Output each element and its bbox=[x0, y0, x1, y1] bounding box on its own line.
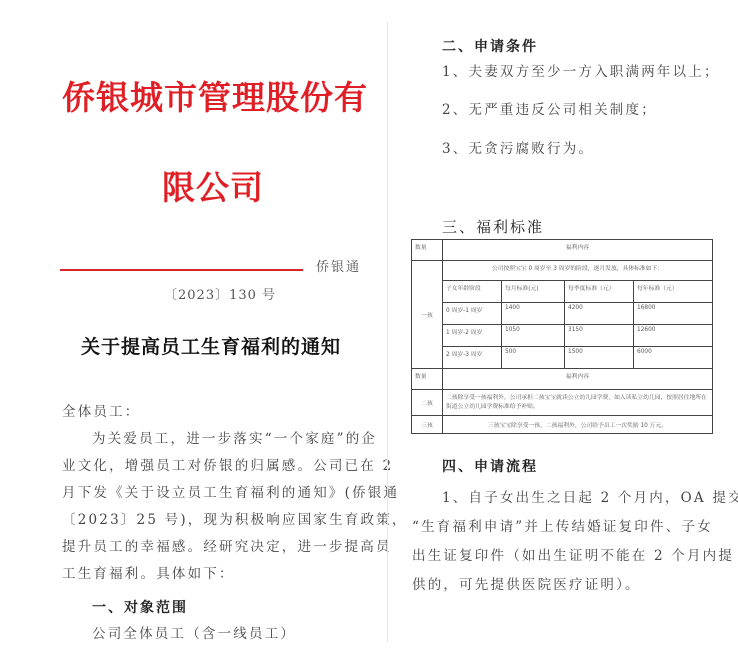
quarterly-value: 1500 bbox=[565, 347, 634, 369]
tier1-intro: 公司按照宝宝 0 周岁至 3 周岁的阶段，逐月发放，具体标准如下： bbox=[443, 261, 713, 281]
section4-heading: 四、申请流程 bbox=[442, 456, 538, 476]
table-row: 0 周岁-1 周岁 1400 4200 16800 bbox=[412, 303, 713, 325]
paragraph-line: 为关爱员工，进一步落实“一个家庭”的企 bbox=[62, 426, 372, 453]
company-name-line1: 侨银城市管理股份有 bbox=[62, 72, 368, 119]
monthly-value: 500 bbox=[502, 347, 565, 369]
process-line: 供的，可先提供医院医疗证明）。 bbox=[412, 571, 732, 600]
yearly-value: 12600 bbox=[634, 325, 713, 347]
process-line: 1、自子女出生之日起 2 个月内，OA 提交 bbox=[412, 484, 732, 513]
doc-number: 〔2023〕130 号 bbox=[164, 284, 276, 303]
section1-heading: 一、对象范围 bbox=[92, 597, 188, 617]
paragraph-line: 提升员工的幸福感。经研究决定，进一步提高员 bbox=[62, 534, 372, 561]
sub-header: 子女年龄阶段 bbox=[443, 281, 502, 303]
red-header-line bbox=[60, 269, 303, 271]
table-row: 2 周岁-3 周岁 500 1500 6000 bbox=[412, 347, 713, 369]
age-range: 0 周岁-1 周岁 bbox=[443, 303, 502, 325]
age-range: 2 周岁-3 周岁 bbox=[443, 347, 502, 369]
tier3-text: 三孩宝宝除享受一孩、二孩福利外，公司给予员工一次奖励 10 万元。 bbox=[443, 416, 713, 434]
header-content: 福利内容 bbox=[443, 240, 713, 261]
paragraph-line: 业文化，增强员工对侨银的归属感。公司已在 2 bbox=[62, 453, 372, 480]
table-row: 1 周岁-2 周岁 1050 3150 12600 bbox=[412, 325, 713, 347]
quarterly-value: 3150 bbox=[565, 325, 634, 347]
header2-content: 福利内容 bbox=[443, 369, 713, 390]
tier3-label: 三孩 bbox=[412, 416, 443, 434]
intro-paragraph: 为关爱员工，进一步落实“一个家庭”的企 业文化，增强员工对侨银的归属感。公司已在… bbox=[62, 426, 372, 588]
section1-text: 公司全体员工（含一线员工） bbox=[92, 622, 296, 642]
process-line: 出生证复印件（如出生证明不能在 2 个月内提 bbox=[412, 542, 732, 571]
paragraph-line: 工生育福利。具体如下： bbox=[62, 561, 372, 588]
tier1-label: 一孩 bbox=[412, 261, 443, 369]
sub-header: 每月标准(元) bbox=[502, 281, 565, 303]
monthly-value: 1050 bbox=[502, 325, 565, 347]
yearly-value: 16800 bbox=[634, 303, 713, 325]
document-title: 关于提高员工生育福利的通知 bbox=[81, 332, 341, 359]
page-divider bbox=[387, 22, 388, 642]
paragraph-line: 月下发《关于设立员工生育福利的通知》(侨银通 bbox=[62, 480, 372, 507]
condition-1: 1、夫妻双方至少一方入职满两年以上； bbox=[442, 60, 720, 80]
quarterly-value: 4200 bbox=[565, 303, 634, 325]
header2-qty: 数量 bbox=[412, 369, 443, 390]
salutation: 全体员工： bbox=[62, 400, 141, 420]
tier2-text: 二孩除享受一孩福利外，公司承担二孩宝宝就读公立幼儿园学费，如入读私立幼儿园，按照… bbox=[443, 390, 713, 416]
welfare-table: 数量 福利内容 一孩 公司按照宝宝 0 周岁至 3 周岁的阶段，逐月发放，具体标… bbox=[411, 239, 713, 434]
process-paragraph: 1、自子女出生之日起 2 个月内，OA 提交 “生育福利申请”并上传结婚证复印件… bbox=[412, 484, 732, 600]
yearly-value: 6000 bbox=[634, 347, 713, 369]
monthly-value: 1400 bbox=[502, 303, 565, 325]
header-qty: 数量 bbox=[412, 240, 443, 261]
section3-heading: 三、福利标准 bbox=[442, 216, 544, 237]
condition-2: 2、无严重违反公司相关制度； bbox=[442, 98, 657, 118]
condition-3: 3、无贪污腐败行为。 bbox=[442, 137, 594, 157]
paragraph-line: 〔2023〕25 号)，现为积极响应国家生育政策， bbox=[62, 507, 372, 534]
age-range: 1 周岁-2 周岁 bbox=[443, 325, 502, 347]
sub-header: 每年标准（元） bbox=[634, 281, 713, 303]
process-line: “生育福利申请”并上传结婚证复印件、子女 bbox=[412, 513, 732, 542]
section2-heading: 二、申请条件 bbox=[442, 36, 538, 56]
sub-header: 每季度标准（元） bbox=[565, 281, 634, 303]
tier2-label: 二孩 bbox=[412, 390, 443, 416]
doc-prefix: 侨银通 bbox=[316, 256, 361, 275]
company-name-line2: 限公司 bbox=[162, 162, 264, 209]
